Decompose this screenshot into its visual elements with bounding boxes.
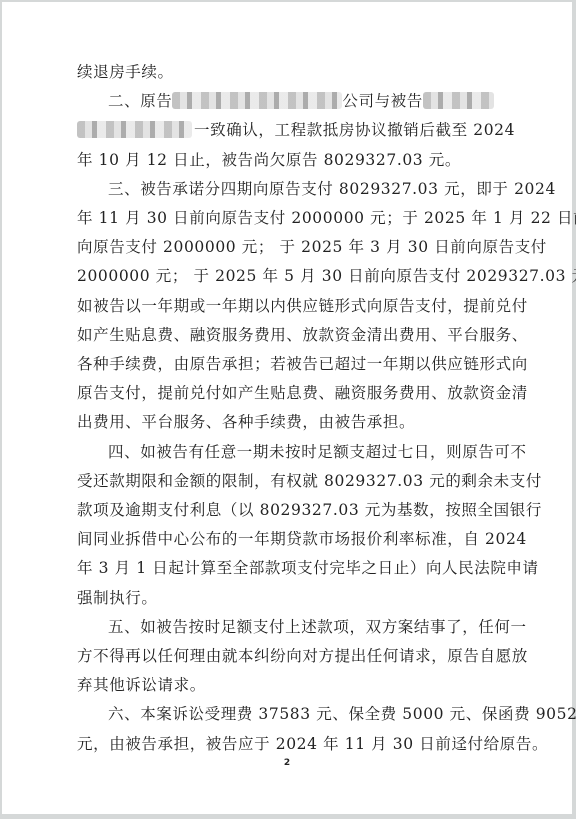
paragraph-continuation: 续退房手续。 xyxy=(77,58,457,87)
text-line: 各种手续费，由原告承担；若被告已超过一年期以供应链形式向 xyxy=(77,350,457,379)
text-line: 一致确认，工程款抵房协议撤销后截至 2024 xyxy=(77,116,457,145)
text-line: 向原告支付 2000000 元； 于 2025 年 3 月 30 日前向原告支付 xyxy=(77,233,457,262)
text-line: 六、本案诉讼受理费 37583 元、保全费 5000 元、保函费 9052 xyxy=(77,700,457,729)
text-line: 如产生贴息费、融资服务费用、放款资金清出费用、平台服务、 xyxy=(77,321,457,350)
text-line: 年 3 月 1 日起计算至全部款项支付完毕之日止）向人民法院申请 xyxy=(77,554,457,583)
text-line: 四、如被告有任意一期未按时足额支超过七日，则原告可不 xyxy=(77,438,457,467)
text-line: 方不得再以任何理由就本纠纷向对方提出任何请求，原告自愿放 xyxy=(77,642,457,671)
text-fragment: 一致确认，工程款抵房协议撤销后截至 2024 xyxy=(194,121,515,139)
text-line: 二、原告公司与被告 xyxy=(77,87,457,116)
text-line: 五、如被告按时足额支付上述款项，双方案结事了，任何一 xyxy=(77,613,457,642)
text-line: 续退房手续。 xyxy=(77,58,457,87)
text-line: 如被告以一年期或一年期以内供应链形式向原告支付，提前兑付 xyxy=(77,292,457,321)
text-line: 元，由被告承担，被告应于 2024 年 11 月 30 日前迳付给原告。 xyxy=(77,730,457,759)
text-fragment: 公司与被告 xyxy=(342,92,423,110)
text-line: 三、被告承诺分四期向原告支付 8029327.03 元，即于 2024 xyxy=(77,175,457,204)
paragraph-item-4: 四、如被告有任意一期未按时足额支超过七日，则原告可不 受还款期限和金额的限制，有… xyxy=(77,438,457,613)
page-number: 2 xyxy=(2,758,572,768)
text-line: 年 11 月 30 日前向原告支付 2000000 元；于 2025 年 1 月… xyxy=(77,204,457,233)
document-page: 续退房手续。 二、原告公司与被告 一致确认，工程款抵房协议撤销后截至 2024 … xyxy=(2,2,572,814)
text-line: 受还款期限和金额的限制，有权就 8029327.03 元的剩余未支付 xyxy=(77,467,457,496)
text-line: 间同业拆借中心公布的一年期贷款市场报价利率标准，自 2024 xyxy=(77,525,457,554)
paragraph-item-5: 五、如被告按时足额支付上述款项，双方案结事了，任何一 方不得再以任何理由就本纠纷… xyxy=(77,613,457,701)
document-body: 续退房手续。 二、原告公司与被告 一致确认，工程款抵房协议撤销后截至 2024 … xyxy=(77,58,457,759)
text-line: 原告支付，提前兑付如产生贴息费、融资服务费用、放款资金清 xyxy=(77,379,457,408)
text-line: 2000000 元； 于 2025 年 5 月 30 日前向原告支付 20293… xyxy=(77,262,457,291)
text-line: 强制执行。 xyxy=(77,584,457,613)
paragraph-item-6: 六、本案诉讼受理费 37583 元、保全费 5000 元、保函费 9052 元，… xyxy=(77,700,457,758)
redacted-defendant-name xyxy=(423,92,494,109)
text-line: 款项及逾期支付利息（以 8029327.03 元为基数，按照全国银行 xyxy=(77,496,457,525)
paragraph-item-2: 二、原告公司与被告 一致确认，工程款抵房协议撤销后截至 2024 年 10 月 … xyxy=(77,87,457,175)
redacted-defendant-name-cont xyxy=(77,121,192,138)
text-line: 出费用、平台服务、各种手续费，由被告承担。 xyxy=(77,408,457,437)
text-line: 年 10 月 12 日止，被告尚欠原告 8029327.03 元。 xyxy=(77,146,457,175)
text-line: 弃其他诉讼请求。 xyxy=(77,671,457,700)
paragraph-item-3: 三、被告承诺分四期向原告支付 8029327.03 元，即于 2024 年 11… xyxy=(77,175,457,438)
text-fragment: 二、原告 xyxy=(108,92,172,110)
redacted-plaintiff-name xyxy=(172,92,342,109)
